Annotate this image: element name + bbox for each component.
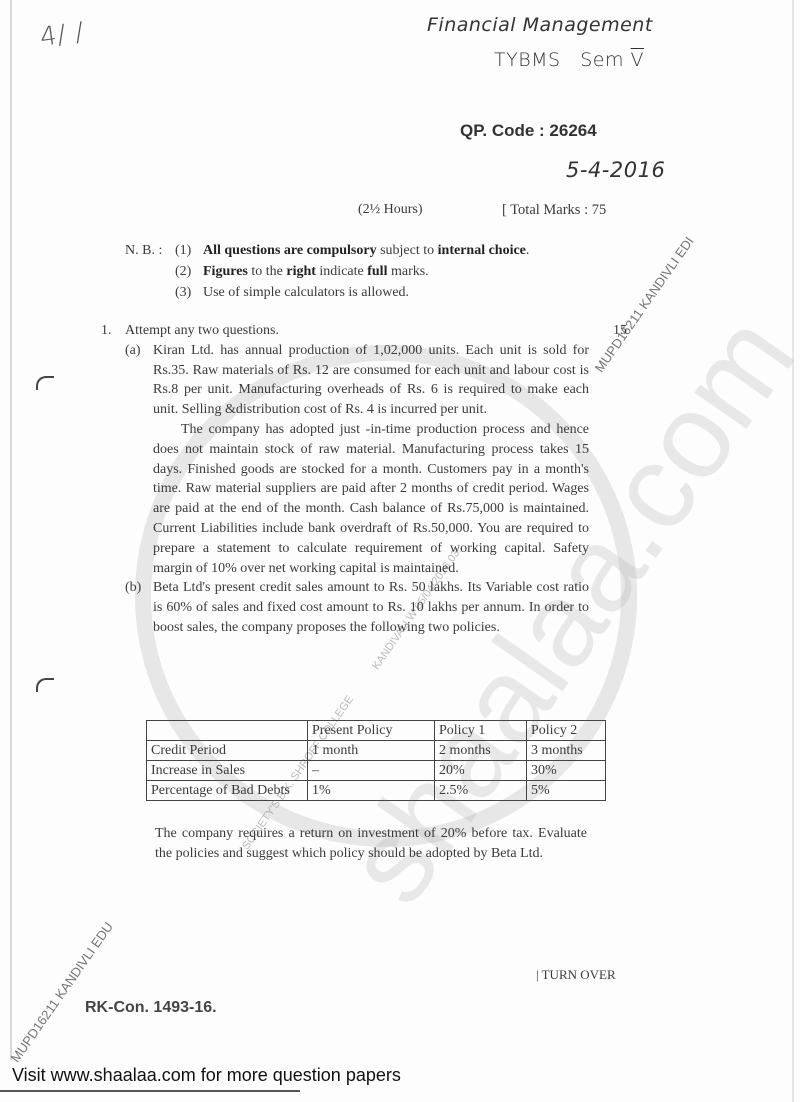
table-row: Increase in Sales – 20% 30%: [147, 761, 606, 781]
site-footer-link[interactable]: Visit www.shaalaa.com for more question …: [12, 1065, 401, 1086]
question-marks: 15: [613, 321, 627, 341]
table-row: Credit Period 1 month 2 months 3 months: [147, 741, 606, 761]
question-1a-para-2: The company has adopted just -in-time pr…: [153, 420, 589, 578]
column-header: Policy 2: [527, 721, 606, 741]
punch-hole-mark: [36, 376, 54, 390]
note-item: (3) Use of simple calculators is allowed…: [125, 282, 529, 303]
handwritten-date: 5-4-2016: [566, 158, 665, 182]
policy-table: Present Policy Policy 1 Policy 2 Credit …: [146, 720, 606, 801]
question-1b-para-2-block: The company requires a return on investm…: [155, 824, 587, 864]
total-marks: [ Total Marks : 75: [502, 202, 606, 219]
handwritten-subject: Financial Management: [427, 14, 653, 36]
question-1-title: 1. Attempt any two questions.: [101, 321, 631, 341]
note-item: N. B. : (1) All questions are compulsory…: [125, 240, 529, 261]
question-1b-para-1: Beta Ltd's present credit sales amount t…: [153, 578, 589, 637]
sub-question-label: (b): [125, 578, 153, 637]
note-text: All questions are compulsory subject to …: [203, 240, 529, 261]
semester-prefix: Sem: [580, 49, 624, 71]
notes-block: N. B. : (1) All questions are compulsory…: [125, 240, 529, 303]
handwritten-course: TYBMS Sem V: [494, 49, 644, 71]
column-header: Present Policy: [308, 721, 435, 741]
question-1: 1. Attempt any two questions. 15 (a) Kir…: [101, 321, 631, 638]
question-1a-para-1: Kiran Ltd. has annual production of 1,02…: [153, 341, 589, 420]
table-row: Percentage of Bad Debts 1% 2.5% 5%: [147, 781, 606, 801]
column-header: Policy 1: [435, 721, 527, 741]
question-1a: (a) Kiran Ltd. has annual production of …: [125, 341, 631, 579]
note-text: Use of simple calculators is allowed.: [203, 282, 409, 303]
handwritten-corner-mark: 4/ /: [38, 17, 86, 53]
rk-con-code: RK-Con. 1493-16.: [85, 999, 217, 1017]
punch-hole-mark: [36, 678, 54, 692]
semester-number: V: [631, 49, 645, 71]
turn-over-note: | TURN OVER: [536, 967, 616, 983]
note-item: (2) Figures to the right indicate full m…: [125, 261, 529, 282]
watermark-stamp: MUPD16211 KANDIVLI EDU: [8, 919, 116, 1065]
page-edge-right: [792, 0, 794, 1102]
sub-question-label: (a): [125, 341, 153, 579]
notes-label: N. B. :: [125, 240, 175, 261]
question-number: 1.: [101, 321, 125, 341]
note-text: Figures to the right indicate full marks…: [203, 261, 429, 282]
footer-divider: [0, 1090, 300, 1092]
qp-code: QP. Code : 26264: [460, 121, 597, 141]
exam-duration: (2½ Hours): [358, 202, 423, 218]
course-name: TYBMS: [494, 49, 561, 71]
page-edge-left: [10, 0, 12, 1060]
question-instruction: Attempt any two questions.: [125, 321, 279, 341]
table-header-row: Present Policy Policy 1 Policy 2: [147, 721, 606, 741]
question-1b-para-2: The company requires a return on investm…: [155, 824, 587, 864]
question-1b: (b) Beta Ltd's present credit sales amou…: [125, 578, 631, 637]
